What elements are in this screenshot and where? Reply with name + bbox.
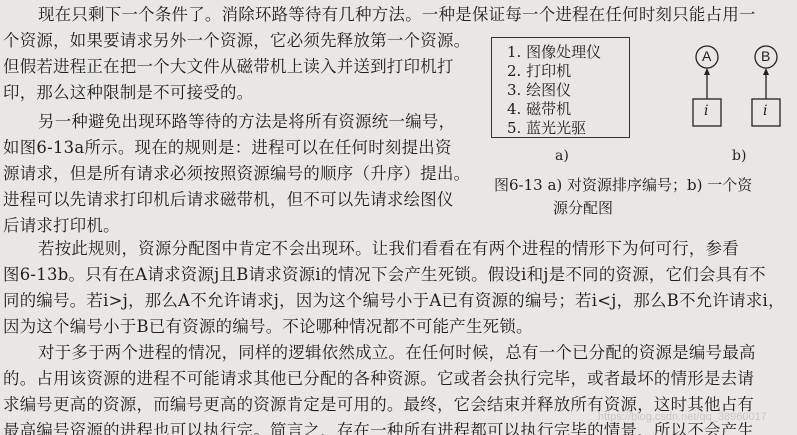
resource-a-label: i	[704, 103, 708, 119]
paragraph-3-line-1: 若按此规则，资源分配图中肯定不会出现环。让我们看看在有两个进程的情形下为何可行，…	[38, 238, 739, 260]
paragraph-3-line-4: 因为这个编号小于B已有资源的编号。不论哪种情况都不可能产生死锁。	[3, 316, 533, 338]
resource-numbering-box: 1. 图像处理仪 2. 打印机 3. 绘图仪 4. 磁带机 5. 蓝光光驱	[491, 37, 630, 138]
resource-b-label: i	[763, 103, 767, 119]
paragraph-4-line-2: 的。占用该资源的进程不可能请求其他已分配的各种资源。它或者会执行完毕，或者最坏的…	[3, 368, 754, 390]
paragraph-1-line-3: 但假若进程正在把一个大文件从磁带机上读入并送到打印机打	[3, 56, 454, 78]
resource-item-2: 2. 打印机	[507, 61, 571, 81]
figure-label-a: a)	[555, 148, 569, 164]
arrow-icon	[704, 68, 769, 99]
paragraph-1-line-1: 现在只剩下一个条件了。消除环路等待有几种方法。一种是保证每一个进程在任何时刻只能…	[38, 4, 756, 26]
figure-label-b: b)	[732, 148, 746, 164]
resource-item-5: 5. 蓝光光驱	[507, 118, 586, 138]
paragraph-3-line-2: 图6-13b。只有在A请求资源j且B请求资源i的情况下会产生死锁。假设i和j是不…	[3, 264, 766, 286]
paragraph-1-line-2: 个资源，如果要请求另外一个资源，它必须先释放第一个资源。	[3, 30, 470, 52]
resource-item-4: 4. 磁带机	[507, 99, 571, 119]
paragraph-2-line-3: 源请求，但是所有请求必须按照资源编号的顺序（升序）提出。	[3, 163, 470, 185]
paragraph-2-line-2: 如图6-13a所示。现在的规则是：进程可以在任何时刻提出资	[3, 137, 452, 159]
process-a-label: A	[702, 48, 711, 64]
resource-item-3: 3. 绘图仪	[507, 80, 571, 100]
process-b-label: B	[761, 48, 770, 64]
paragraph-2-line-5: 后请求打印机。	[3, 215, 120, 237]
resource-item-1: 1. 图像处理仪	[507, 42, 601, 62]
paragraph-1-line-4: 印，那么这种限制是不可接受的。	[3, 82, 253, 104]
watermark: https://blog.csdn.net/qq_38960017	[598, 411, 767, 423]
paragraph-3-line-3: 同的编号。若i>j，那么A不允许请求j，因为这个编号小于A已有资源的编号；若i<…	[3, 290, 785, 312]
paragraph-2-line-1: 另一种避免出现环路等待的方法是将所有资源统一编号，	[38, 111, 455, 133]
paragraph-4-line-1: 对于多于两个进程的情况，同样的逻辑依然成立。在任何时候，总有一个已分配的资源是编…	[38, 342, 756, 364]
figure-caption-line-1: 图6-13 a) 对资源排序编号；b) 一个资	[494, 174, 752, 196]
resource-allocation-graph	[680, 30, 797, 140]
paragraph-2-line-4: 进程可以先请求打印机后请求磁带机，但不可以先请求绘图仪	[3, 189, 454, 211]
figure-caption-line-2: 源分配图	[553, 197, 613, 219]
